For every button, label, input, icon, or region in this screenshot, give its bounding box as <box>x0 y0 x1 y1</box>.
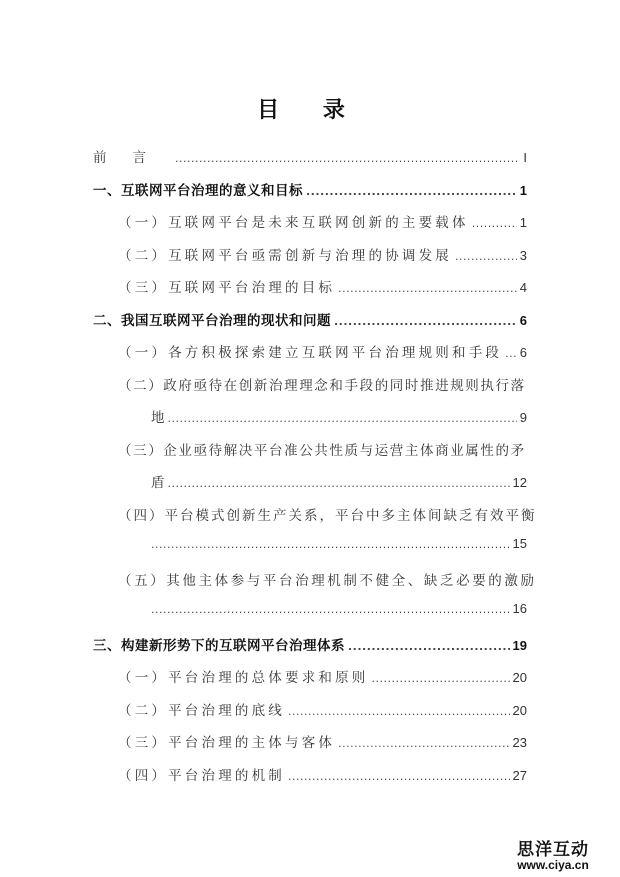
toc-page-number: I <box>523 150 527 165</box>
toc-entry-3-4[interactable]: （四）平台治理的机制 27 <box>118 764 527 784</box>
watermark-logo: 思洋互动 www.ciya.cn <box>517 842 589 871</box>
toc-entry-label: （三）互联网平台治理的目标 <box>118 276 335 296</box>
toc-entry-section-1[interactable]: 一、互联网平台治理的意义和目标 1 <box>93 179 527 199</box>
toc-page-number: 16 <box>513 601 527 616</box>
leader-dots <box>338 282 517 295</box>
toc-entry-2-2[interactable]: （二）政府亟待在创新治理理念和手段的同时推进规则执行落 <box>118 374 527 394</box>
leader-dots <box>338 737 509 750</box>
toc-page-number: 4 <box>520 280 527 295</box>
toc-entry-label: （三）平台治理的主体与客体 <box>118 731 335 751</box>
toc-entry-1-1[interactable]: （一）互联网平台是未来互联网创新的主要载体 1 <box>118 211 527 231</box>
leader-dots <box>151 603 510 616</box>
leader-dots <box>472 217 517 230</box>
leader-dots <box>168 477 510 490</box>
toc-entry-2-3[interactable]: （三）企业亟待解决平台准公共性质与运营主体商业属性的矛 <box>118 439 527 459</box>
leader-dots <box>175 152 520 165</box>
toc-entry-label: （一）平台治理的总体要求和原则 <box>118 666 369 686</box>
toc-entry-label: （一）各方积极探索建立互联网平台治理规则和手段 <box>118 341 502 361</box>
toc-entry-3-3[interactable]: （三）平台治理的主体与客体 23 <box>118 731 527 751</box>
toc-entry-3-2[interactable]: （二）平台治理的底线 20 <box>118 699 527 719</box>
toc-page-number: 12 <box>513 475 527 490</box>
toc-entry-preface[interactable]: 前言 I <box>93 146 527 166</box>
toc-page-number: 23 <box>513 735 527 750</box>
toc-page-number: 1 <box>520 183 527 198</box>
leader-dots <box>288 705 510 718</box>
toc-title: 目 录 <box>0 93 620 124</box>
toc-entry-label: 地 <box>151 406 165 426</box>
toc-entry-label: （一）互联网平台是未来互联网创新的主要载体 <box>118 211 469 231</box>
toc-entry-section-2[interactable]: 二、我国互联网平台治理的现状和问题 6 <box>93 309 527 329</box>
toc-entry-2-4[interactable]: （四）平台模式创新生产关系，平台中多主体间缺乏有效平衡 <box>118 504 527 524</box>
toc-entry-label: （二）互联网平台亟需创新与治理的协调发展 <box>118 244 452 264</box>
toc-entry-1-3[interactable]: （三）互联网平台治理的目标 4 <box>118 276 527 296</box>
toc-entry-label: 二、我国互联网平台治理的现状和问题 <box>93 309 331 329</box>
toc-page-number: 6 <box>520 313 527 328</box>
toc-entry-2-2-continuation[interactable]: 地 9 <box>151 406 527 426</box>
toc-page-number: 20 <box>513 670 527 685</box>
toc-entry-label: 三、构建新形势下的互联网平台治理体系 <box>93 634 345 654</box>
toc-page-number: 19 <box>513 638 527 653</box>
toc-entry-2-4-continuation[interactable]: 15 <box>151 536 527 551</box>
toc-entry-2-5-continuation[interactable]: 16 <box>151 601 527 616</box>
watermark-url: www.ciya.cn <box>517 859 589 871</box>
toc-entry-label: （二）平台治理的底线 <box>118 699 285 719</box>
toc-entry-label: 前言 <box>93 146 172 166</box>
leader-dots <box>372 672 510 685</box>
toc-entry-label: （四）平台治理的机制 <box>118 764 285 784</box>
leader-dots <box>288 770 510 783</box>
toc-page-number: 15 <box>513 536 527 551</box>
leader-dots <box>455 250 517 263</box>
toc-entry-label: 一、互联网平台治理的意义和目标 <box>93 179 303 199</box>
leader-dots <box>168 412 517 425</box>
toc-entry-2-1[interactable]: （一）各方积极探索建立互联网平台治理规则和手段 6 <box>118 341 527 361</box>
leader-dots <box>334 315 517 328</box>
leader-dots <box>348 640 510 653</box>
toc-page-number: 6 <box>520 345 527 360</box>
watermark-name: 思洋互动 <box>517 842 589 859</box>
leader-dots <box>505 347 517 360</box>
toc-page-number: 1 <box>520 215 527 230</box>
toc-page-number: 9 <box>520 410 527 425</box>
leader-dots <box>151 538 510 551</box>
toc-entry-2-3-continuation[interactable]: 盾 12 <box>151 471 527 491</box>
toc-page-number: 3 <box>520 248 527 263</box>
toc-entry-1-2[interactable]: （二）互联网平台亟需创新与治理的协调发展 3 <box>118 244 527 264</box>
toc-entry-label: 盾 <box>151 471 165 491</box>
toc-entry-3-1[interactable]: （一）平台治理的总体要求和原则 20 <box>118 666 527 686</box>
toc-page-number: 27 <box>513 768 527 783</box>
leader-dots <box>306 185 517 198</box>
toc-entry-section-3[interactable]: 三、构建新形势下的互联网平台治理体系 19 <box>93 634 527 654</box>
toc-entry-2-5[interactable]: （五）其他主体参与平台治理机制不健全、缺乏必要的激励 <box>118 569 527 589</box>
toc-page-number: 20 <box>513 703 527 718</box>
